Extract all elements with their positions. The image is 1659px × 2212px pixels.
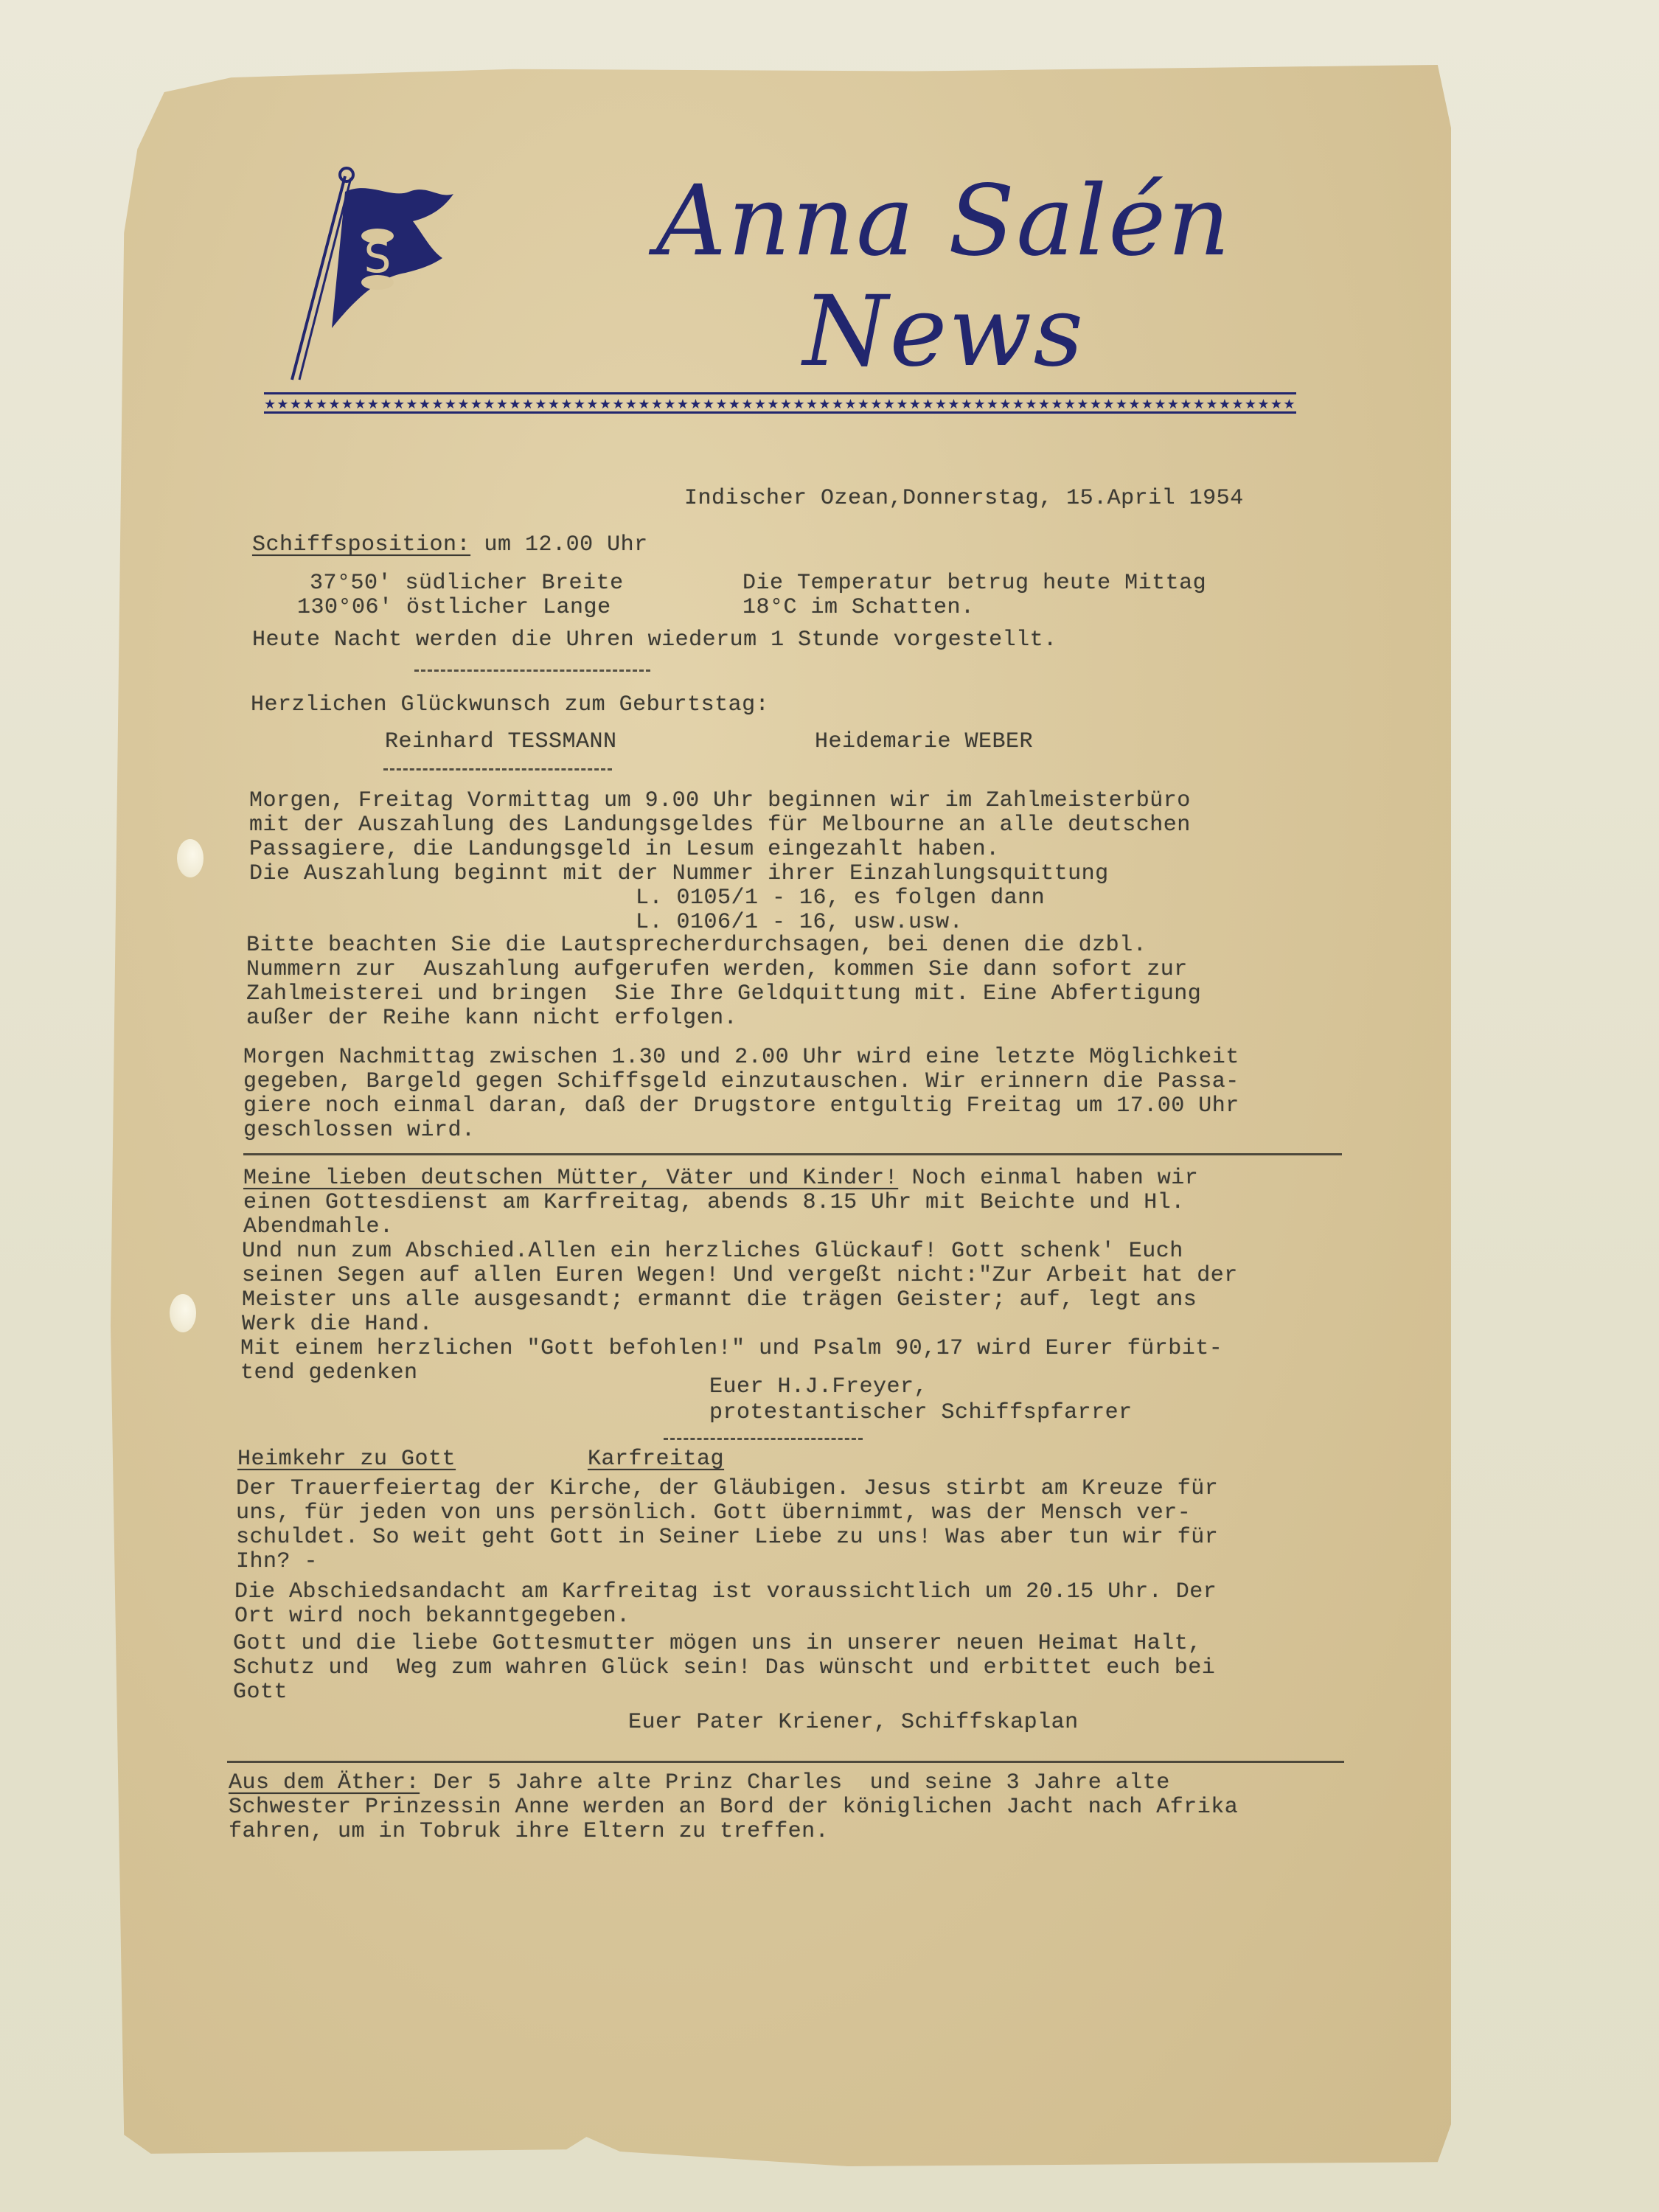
ether-label: Aus dem Äther: — [229, 1770, 420, 1795]
svg-text:★: ★ — [341, 397, 353, 412]
longitude: 130°06' östlicher Lange — [297, 596, 611, 620]
protestant-line: Werk die Hand. — [242, 1312, 433, 1337]
clock-note: Heute Nacht werden die Uhren wiederum 1 … — [252, 628, 1057, 653]
svg-text:★: ★ — [1012, 397, 1024, 412]
svg-text:★: ★ — [625, 397, 637, 412]
protestant-line: seinen Segen auf allen Euren Wegen! Und … — [242, 1264, 1238, 1288]
catholic-line: Schutz und Weg zum wahren Glück sein! Da… — [233, 1656, 1215, 1680]
protestant-line: Meister uns alle ausgesandt; ermannt die… — [242, 1288, 1197, 1312]
svg-text:★: ★ — [276, 397, 288, 412]
svg-text:★: ★ — [1206, 397, 1217, 412]
exchange-line: giere noch einmal daran, daß der Drugsto… — [243, 1094, 1239, 1119]
svg-text:★: ★ — [1270, 397, 1282, 412]
svg-text:★: ★ — [870, 397, 882, 412]
svg-text:★: ★ — [1077, 397, 1088, 412]
svg-text:★: ★ — [548, 397, 560, 412]
svg-text:★: ★ — [883, 397, 895, 412]
svg-text:★: ★ — [612, 397, 624, 412]
svg-text:★: ★ — [1283, 397, 1295, 412]
svg-text:★: ★ — [832, 397, 844, 412]
svg-text:★: ★ — [367, 397, 379, 412]
svg-text:★: ★ — [741, 397, 753, 412]
svg-text:★: ★ — [1064, 397, 1076, 412]
svg-text:★: ★ — [393, 397, 405, 412]
protestant-opening: Meine lieben deutschen Mütter, Väter und… — [243, 1166, 1198, 1191]
payout-notice: Bitte beachten Sie die Lautsprecherdurch… — [246, 933, 1147, 958]
svg-text:★: ★ — [419, 397, 431, 412]
svg-text:★: ★ — [728, 397, 740, 412]
svg-text:★: ★ — [380, 397, 392, 412]
divider — [414, 669, 650, 672]
position-time: um 12.00 Uhr — [470, 532, 648, 557]
svg-text:★: ★ — [1167, 397, 1179, 412]
ether-line: Der 5 Jahre alte Prinz Charles und seine… — [420, 1770, 1170, 1795]
svg-text:★: ★ — [1038, 397, 1050, 412]
exchange-line: Morgen Nachmittag zwischen 1.30 und 2.00… — [243, 1046, 1239, 1070]
svg-text:★: ★ — [858, 397, 869, 412]
svg-text:★: ★ — [1128, 397, 1140, 412]
svg-text:★: ★ — [316, 397, 327, 412]
svg-text:★: ★ — [754, 397, 766, 412]
svg-text:★: ★ — [483, 397, 495, 412]
svg-text:★: ★ — [767, 397, 779, 412]
svg-text:★: ★ — [522, 397, 534, 412]
svg-text:★: ★ — [1245, 397, 1256, 412]
svg-text:★: ★ — [1154, 397, 1166, 412]
protestant-line: tend gedenken — [240, 1361, 418, 1385]
exchange-line: geschlossen wird. — [243, 1119, 476, 1143]
shipping-flag-icon: S — [280, 166, 575, 402]
svg-text:★: ★ — [922, 397, 933, 412]
ether-opening: Aus dem Äther: Der 5 Jahre alte Prinz Ch… — [229, 1771, 1170, 1795]
payout-notice: außer der Reihe kann nicht erfolgen. — [246, 1006, 737, 1031]
birthday-name: Reinhard TESSMANN — [385, 730, 617, 754]
masthead: S Anna Salén News — [280, 166, 1312, 402]
svg-text:★: ★ — [638, 397, 650, 412]
svg-text:★: ★ — [651, 397, 663, 412]
svg-text:★: ★ — [1090, 397, 1102, 412]
svg-text:★: ★ — [715, 397, 727, 412]
svg-text:★: ★ — [689, 397, 701, 412]
svg-text:★: ★ — [431, 397, 443, 412]
receipt-number: L. 0106/1 - 16, usw.usw. — [636, 911, 963, 935]
catholic-line: Gott und die liebe Gottesmutter mögen un… — [233, 1632, 1202, 1656]
payout-line: mit der Auszahlung des Landungsgeldes fü… — [249, 813, 1191, 838]
catholic-heading-left: Heimkehr zu Gott — [237, 1447, 456, 1472]
svg-text:★: ★ — [703, 397, 714, 412]
svg-text:★: ★ — [290, 397, 302, 412]
svg-text:★: ★ — [896, 397, 908, 412]
catholic-line: Der Trauerfeiertag der Kirche, der Gläub… — [236, 1477, 1218, 1501]
catholic-line: Die Abschiedsandacht am Karfreitag ist v… — [234, 1580, 1217, 1604]
svg-text:★: ★ — [496, 397, 508, 412]
svg-text:★: ★ — [818, 397, 830, 412]
protestant-signature: protestantischer Schiffspfarrer — [709, 1401, 1133, 1425]
svg-text:★: ★ — [806, 397, 818, 412]
svg-text:★: ★ — [470, 397, 482, 412]
svg-text:★: ★ — [935, 397, 947, 412]
divider — [383, 768, 612, 771]
protestant-line: Abendmahle. — [243, 1215, 394, 1239]
svg-text:★: ★ — [445, 397, 456, 412]
ether-line: fahren, um in Tobruk ihre Eltern zu tref… — [229, 1820, 829, 1844]
svg-text:★: ★ — [677, 397, 689, 412]
punch-hole — [170, 1294, 196, 1332]
catholic-line: Ihn? - — [236, 1550, 318, 1574]
svg-text:★: ★ — [909, 397, 921, 412]
payout-line: Morgen, Freitag Vormittag um 9.00 Uhr be… — [249, 789, 1191, 813]
protestant-line: Mit einem herzlichen "Gott befohlen!" un… — [240, 1337, 1222, 1361]
payout-line: Passagiere, die Landungsgeld in Lesum ei… — [249, 838, 1000, 862]
svg-text:★: ★ — [1116, 397, 1127, 412]
svg-text:★: ★ — [264, 397, 276, 412]
svg-text:★: ★ — [947, 397, 959, 412]
svg-text:★: ★ — [999, 397, 1011, 412]
catholic-line: Gott — [233, 1680, 288, 1705]
svg-text:★: ★ — [535, 397, 546, 412]
section-rule — [227, 1761, 1344, 1763]
catholic-line: Ort wird noch bekanntgegeben. — [234, 1604, 630, 1629]
protestant-heading: Meine lieben deutschen Mütter, Väter und… — [243, 1166, 898, 1191]
svg-text:★: ★ — [560, 397, 572, 412]
svg-text:★: ★ — [328, 397, 340, 412]
title-line-2: News — [627, 276, 1261, 387]
svg-text:★: ★ — [1219, 397, 1231, 412]
svg-text:★: ★ — [780, 397, 792, 412]
svg-text:★: ★ — [574, 397, 585, 412]
payout-notice: Nummern zur Auszahlung aufgerufen werden… — [246, 958, 1188, 982]
catholic-heading-right: Karfreitag — [588, 1447, 724, 1472]
newsletter-title: Anna Salén News — [627, 166, 1261, 387]
temperature-line-1: Die Temperatur betrug heute Mittag — [742, 571, 1206, 596]
receipt-number: L. 0105/1 - 16, es folgen dann — [636, 886, 1045, 911]
svg-text:★: ★ — [1141, 397, 1153, 412]
position-label: Schiffsposition: — [252, 532, 470, 557]
svg-text:★: ★ — [664, 397, 675, 412]
svg-text:★: ★ — [599, 397, 611, 412]
temperature-line-2: 18°C im Schatten. — [742, 596, 975, 620]
svg-text:★: ★ — [844, 397, 856, 412]
catholic-line: schuldet. So weit geht Gott in Seiner Li… — [236, 1526, 1218, 1550]
protestant-line: Und nun zum Abschied.Allen ein herzliche… — [242, 1239, 1183, 1264]
svg-text:★: ★ — [961, 397, 973, 412]
svg-text:★: ★ — [1180, 397, 1192, 412]
section-rule — [243, 1153, 1342, 1155]
ether-line: Schwester Prinzessin Anne werden an Bord… — [229, 1795, 1238, 1820]
birthday-heading: Herzlichen Glückwunsch zum Geburtstag: — [251, 693, 769, 717]
svg-text:★: ★ — [354, 397, 366, 412]
protestant-signature: Euer H.J.Freyer, — [709, 1375, 928, 1399]
svg-text:★: ★ — [1231, 397, 1243, 412]
protestant-line: Noch einmal haben wir — [898, 1166, 1198, 1191]
svg-text:★: ★ — [457, 397, 469, 412]
svg-text:★: ★ — [302, 397, 314, 412]
payout-line: Die Auszahlung beginnt mit der Nummer ih… — [249, 862, 1109, 886]
dateline: Indischer Ozean,Donnerstag, 15.April 195… — [684, 487, 1244, 511]
star-border: ★★★★★★★★★★★★★★★★★★★★★★★★★★★★★★★★★★★★★★★★… — [264, 392, 1296, 414]
svg-text:S: S — [364, 232, 392, 282]
svg-text:★: ★ — [987, 397, 998, 412]
punch-hole — [177, 839, 204, 877]
catholic-signature: Euer Pater Kriener, Schiffskaplan — [628, 1711, 1079, 1735]
svg-text:★: ★ — [1051, 397, 1062, 412]
svg-text:★: ★ — [1257, 397, 1269, 412]
svg-text:★: ★ — [1102, 397, 1114, 412]
payout-notice: Zahlmeisterei und bringen Sie Ihre Geldq… — [246, 982, 1201, 1006]
birthday-name: Heidemarie WEBER — [815, 730, 1033, 754]
svg-text:★: ★ — [586, 397, 598, 412]
svg-text:★: ★ — [793, 397, 804, 412]
exchange-line: gegeben, Bargeld gegen Schiffsgeld einzu… — [243, 1070, 1239, 1094]
divider — [664, 1438, 863, 1440]
svg-text:★: ★ — [1193, 397, 1205, 412]
title-line-1: Anna Salén — [627, 166, 1261, 276]
protestant-line: einen Gottesdienst am Karfreitag, abends… — [243, 1191, 1185, 1215]
catholic-line: uns, für jeden von uns persönlich. Gott … — [236, 1501, 1191, 1526]
svg-text:★: ★ — [509, 397, 521, 412]
ship-position-heading: Schiffsposition: um 12.00 Uhr — [252, 533, 648, 557]
svg-text:★: ★ — [973, 397, 985, 412]
svg-text:★: ★ — [1025, 397, 1037, 412]
latitude: 37°50' südlicher Breite — [310, 571, 624, 596]
svg-text:★: ★ — [406, 397, 417, 412]
